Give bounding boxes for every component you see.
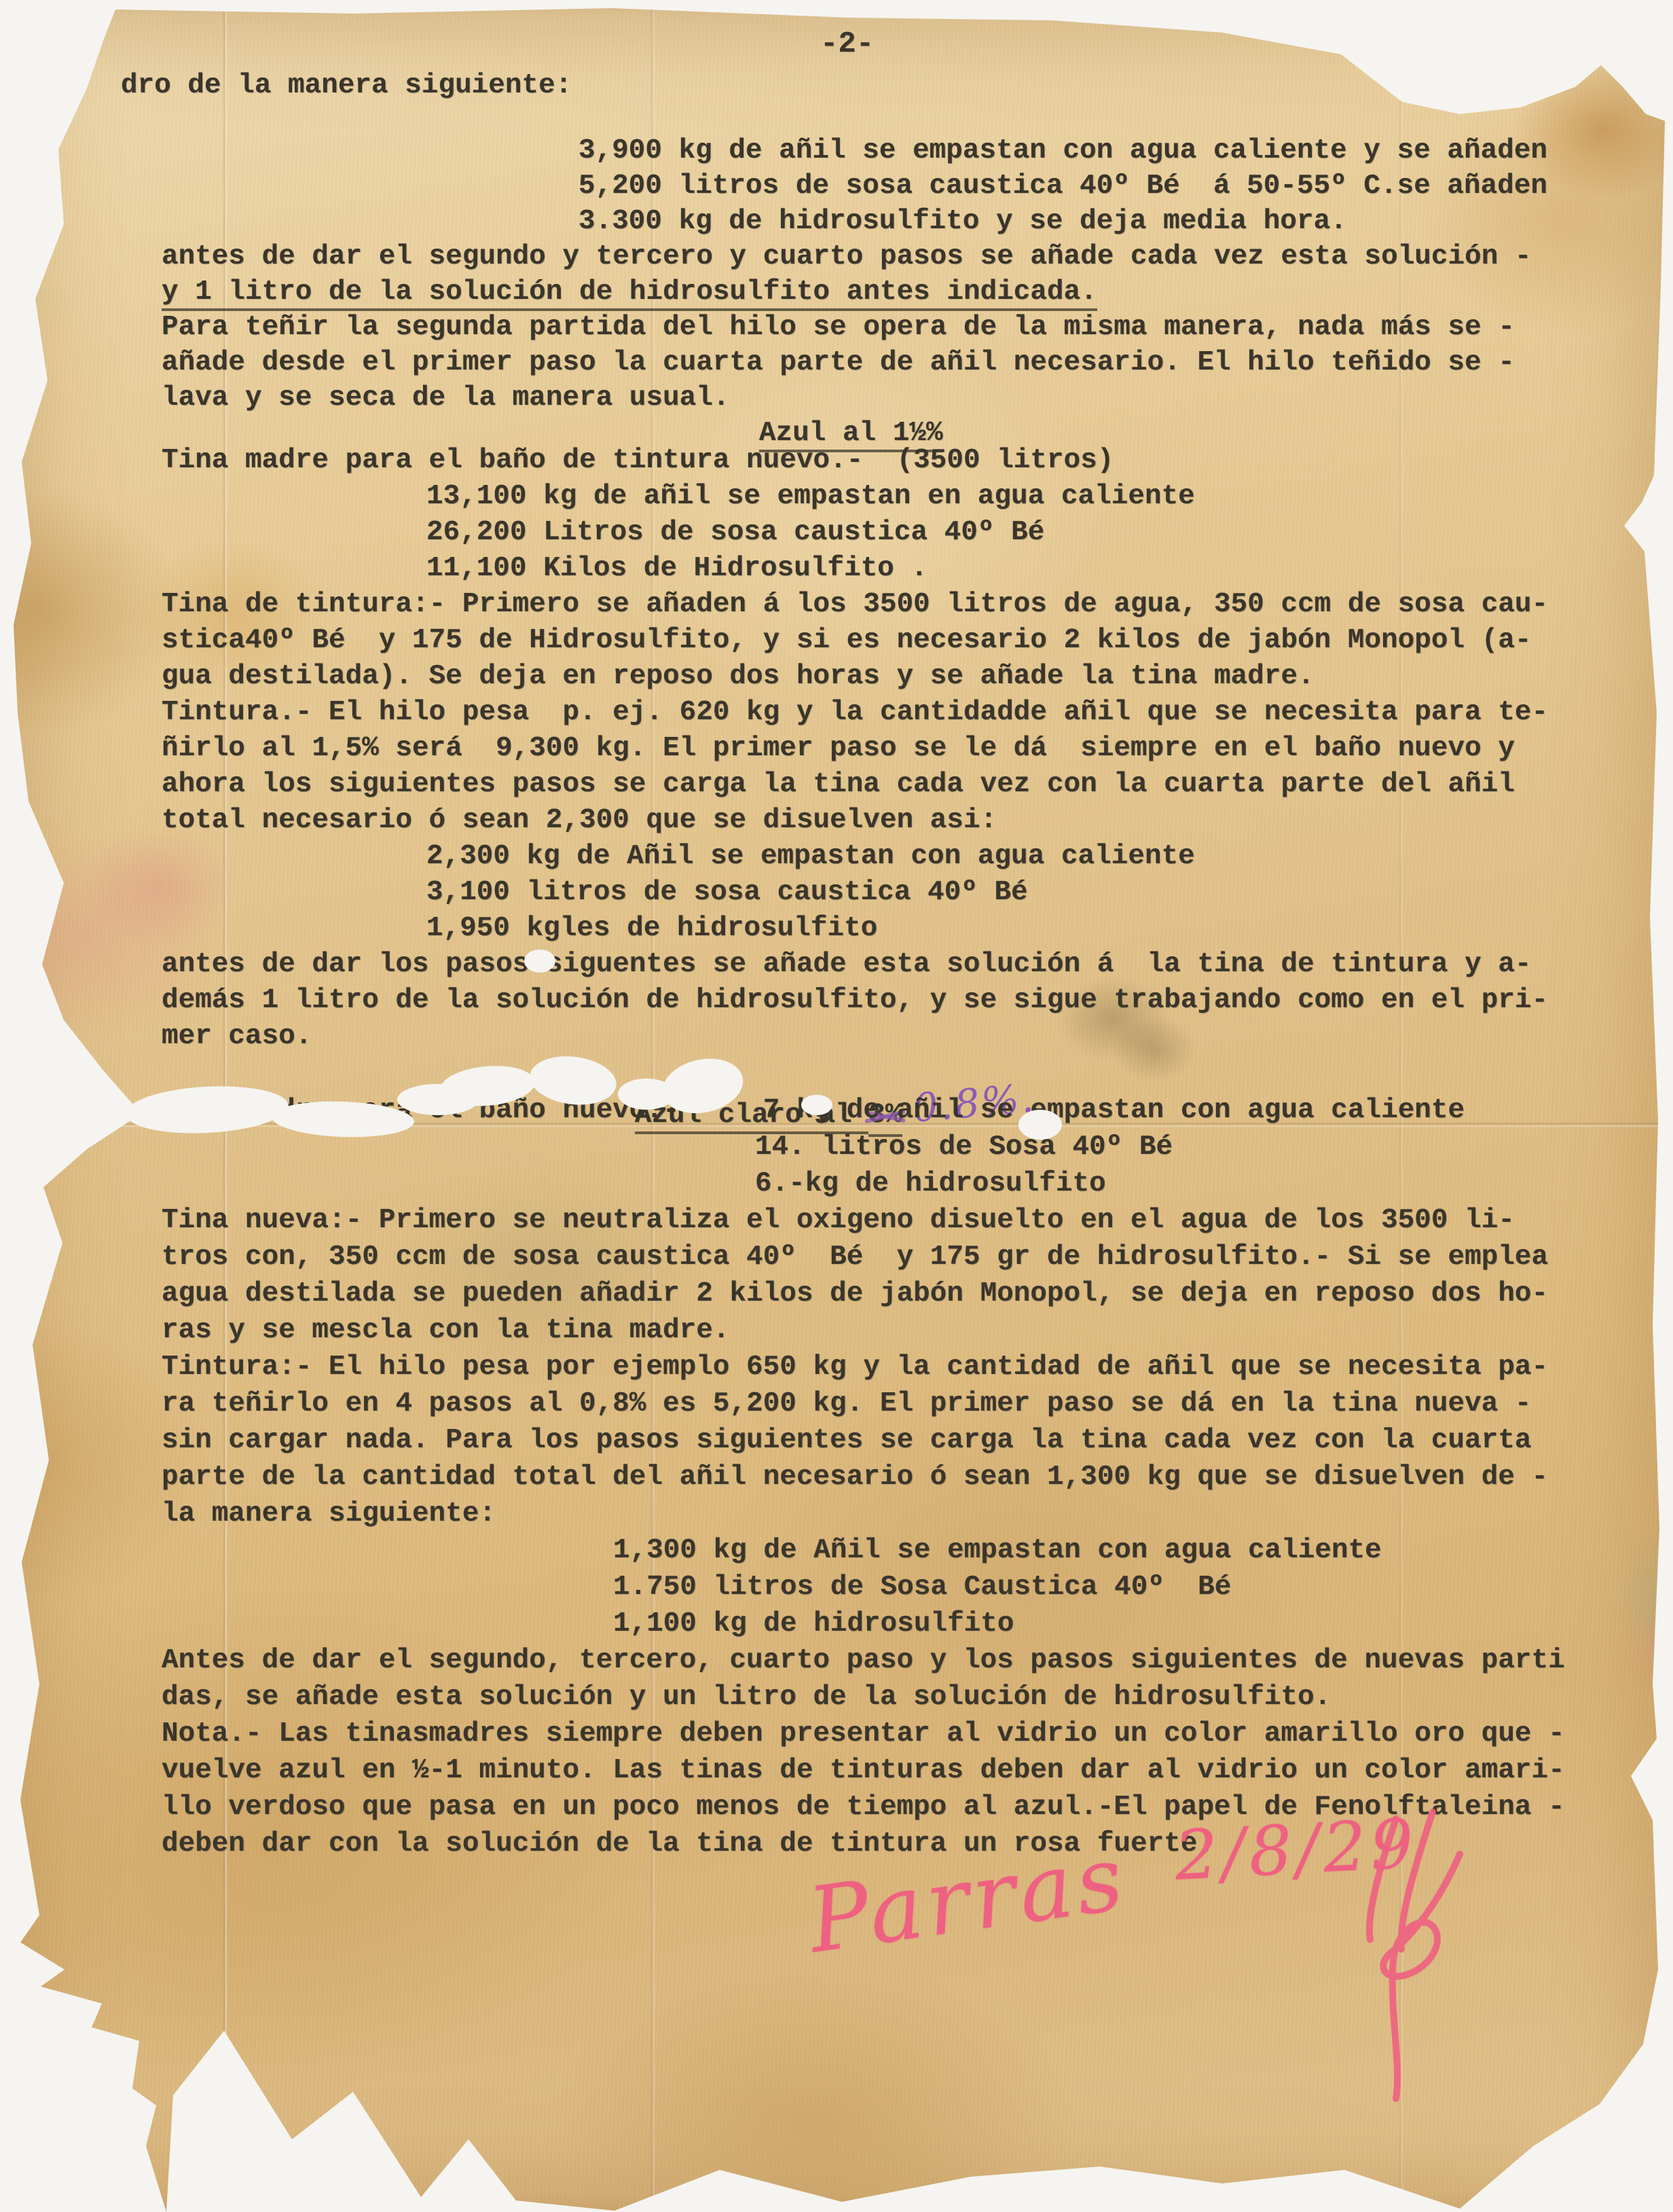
underlined-text: y 1 litro de la solución de hidrosulfito… (162, 276, 1097, 311)
typed-line: ñirlo al 1,5% será 9,300 kg. El primer p… (0, 731, 1673, 767)
signature-flourish (1331, 1807, 1507, 2133)
page-number: -2- (820, 27, 874, 61)
typed-line: Nota.- Las tinasmadres siempre deben pre… (0, 1716, 1673, 1752)
typed-line: 11,100 Kilos de Hidrosulfito . (0, 551, 1673, 587)
typed-line: das, se añade esta solución y un litro d… (0, 1679, 1673, 1716)
typed-line: Tina de tintura:- Primero se añaden á lo… (0, 587, 1673, 623)
typed-line: dro de la manera siguiente: (0, 68, 1673, 103)
typed-line: lava y se seca de la manera usual. (0, 380, 1673, 416)
typed-block-1: dro de la manera siguiente: 3,900 kg de … (0, 68, 1673, 451)
typed-line: Tintura:- El hilo pesa por ejemplo 650 k… (0, 1349, 1673, 1385)
typed-line: Antes de dar el segundo, tercero, cuarto… (0, 1642, 1673, 1679)
typed-line: total necesario ó sean 2,300 que se disu… (0, 803, 1673, 839)
torn-hole (1018, 1110, 1062, 1140)
typed-line: Tintura.- El hilo pesa p. ej. 620 kg y l… (0, 695, 1673, 731)
typed-line: añade desde el primer paso la cuarta par… (0, 345, 1673, 380)
typed-line: Tina madre para el baño de tintura nuevo… (0, 443, 1673, 479)
typed-line: 14. litros de Sosa 40º Bé (0, 1129, 1673, 1165)
scanned-document: -2- dro de la manera siguiente: 3,900 kg… (0, 0, 1673, 2212)
typed-line: Para teñir la segunda partida del hilo s… (0, 310, 1673, 345)
flourish-stroke (1383, 1854, 1460, 2099)
typed-line: ahora los siguientes pasos se carga la t… (0, 767, 1673, 803)
typed-line: 26,200 Litros de sosa caustica 40º Bé (0, 515, 1673, 551)
typed-line: 3,100 litros de sosa caustica 40º Bé (0, 875, 1673, 911)
typed-line: 13,100 kg de añil se empastan en agua ca… (0, 479, 1673, 515)
typed-line: 5,200 litros de sosa caustica 40º Bé á 5… (0, 168, 1673, 204)
torn-hole (801, 1095, 832, 1115)
typed-line: 1,950 kgles de hidrosulfito (0, 911, 1673, 947)
typed-line: antes de dar los pasos siguentes se añad… (0, 947, 1673, 983)
paper-sheet: -2- dro de la manera siguiente: 3,900 kg… (0, 0, 1673, 2212)
torn-hole (524, 949, 555, 973)
typed-line: 3.300 kg de hidrosulfito y se deja media… (0, 204, 1673, 239)
typed-line: 1.750 litros de Sosa Caustica 40º Bé (0, 1569, 1673, 1606)
typed-line: tros con, 350 ccm de sosa caustica 40º B… (0, 1239, 1673, 1275)
typed-line: 1,300 kg de Añil se empastan con agua ca… (0, 1532, 1673, 1569)
typed-line: 2,300 kg de Añil se empastan con agua ca… (0, 839, 1673, 875)
heading-azul-claro: Azul claro al 3%0.8%. (0, 1055, 1673, 1091)
typed-line: stica40º Bé y 175 de Hidrosulfito, y si … (0, 623, 1673, 659)
typed-line: 3,900 kg de añil se empastan con agua ca… (0, 133, 1673, 168)
typed-block-2: Tina madre para el baño de tintura nuevo… (0, 443, 1673, 1091)
typed-line: demás 1 litro de la solución de hidrosul… (0, 983, 1673, 1019)
typed-line: 6.-kg de hidrosulfito (0, 1165, 1673, 1202)
typed-line: gua destilada). Se deja en reposo dos ho… (0, 659, 1673, 695)
typed-line: parte de la cantidad total del añil nece… (0, 1459, 1673, 1495)
flourish-stroke (1369, 1819, 1396, 1940)
typed-line: antes de dar el segundo y tercero y cuar… (0, 239, 1673, 274)
typed-line: ra teñirlo en 4 pasos al 0,8% es 5,200 k… (0, 1385, 1673, 1422)
typed-block-3: Tina madre para el baño nuevo:- 7 kg de … (0, 1092, 1673, 1862)
typed-line: sin cargar nada. Para los pasos siguient… (0, 1422, 1673, 1459)
typed-line: Tina nueva:- Primero se neutraliza el ox… (0, 1202, 1673, 1239)
typed-line: ras y se mescla con la tina madre. (0, 1312, 1673, 1349)
typed-line: mer caso. (0, 1019, 1673, 1055)
typed-line: 1,100 kg de hidrosulfito (0, 1606, 1673, 1642)
typed-line: vuelve azul en ½-1 minuto. Las tinas de … (0, 1752, 1673, 1789)
typed-line: agua destilada se pueden añadir 2 kilos … (0, 1275, 1673, 1312)
typed-line-underlined: y 1 litro de la solución de hidrosulfito… (0, 274, 1673, 310)
typed-line: la manera siguiente: (0, 1495, 1673, 1532)
